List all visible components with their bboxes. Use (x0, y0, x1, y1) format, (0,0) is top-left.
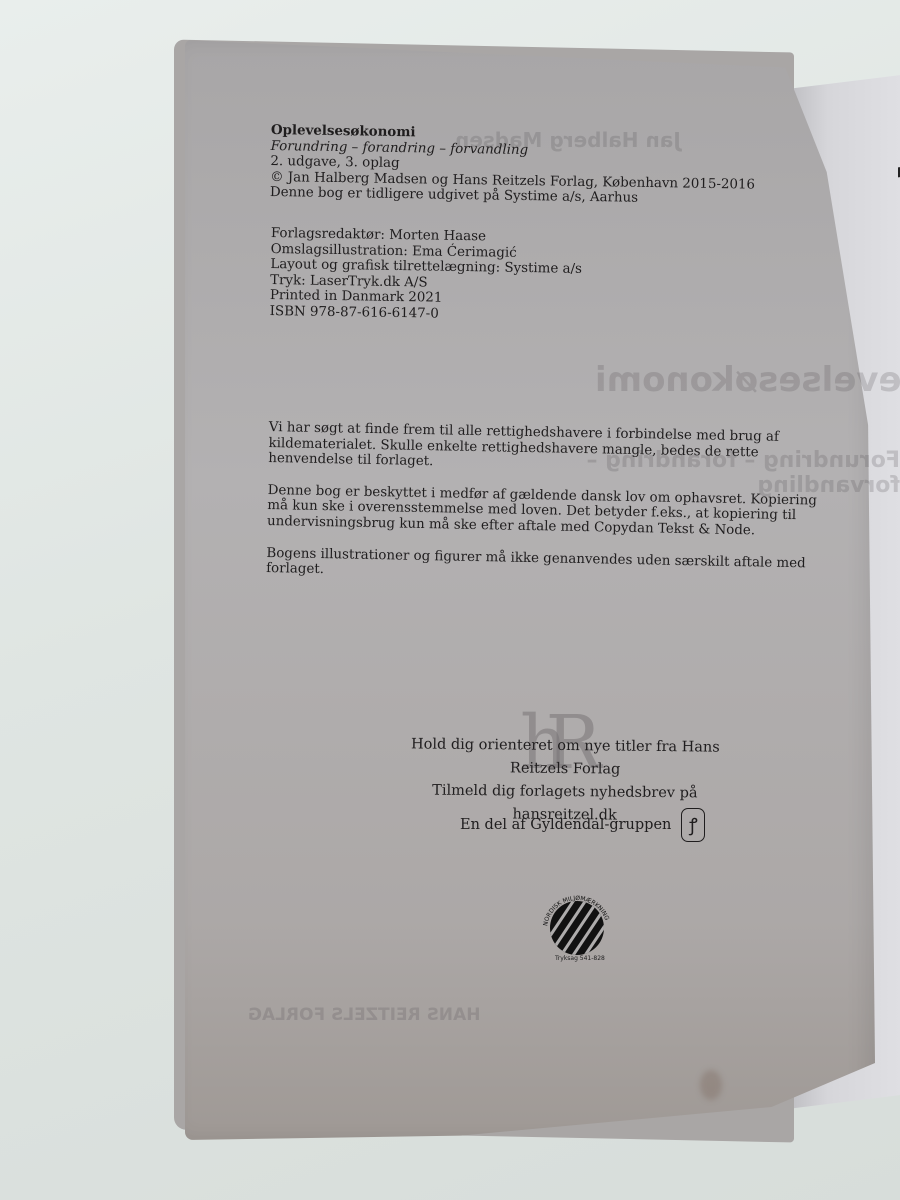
ecolabel-code: Tryksag 541-828 (555, 955, 605, 962)
credits-block: Forlagsredaktør: Morten Haase Omslagsill… (270, 226, 583, 324)
legal-block: Vi har søgt at finde frem til alle retti… (266, 420, 829, 603)
colophon-block: Oplevelsesøkonomi Forundring – forandrin… (270, 123, 756, 209)
promo-line-1: Hold dig orienteret om nye titler fra Ha… (380, 733, 750, 783)
illustrations-notice: Bogens illustrationer og figurer må ikke… (266, 546, 826, 588)
show-through-title: Oplevelsesøkonomi (595, 360, 900, 400)
page-stain (700, 1070, 722, 1100)
rights-notice: Vi har søgt at finde frem til alle retti… (268, 420, 829, 478)
copyright-notice: Denne bog er beskyttet i medfør af gælde… (267, 483, 828, 541)
gyldendal-label: En del af Gyldendal-gruppen (460, 817, 671, 833)
gyldendal-swan-icon: ꝭ (681, 808, 705, 842)
show-through-publisher: HANS REITZELS FORLAG (248, 1005, 480, 1025)
gyldendal-group: En del af Gyldendal-gruppen ꝭ (460, 808, 705, 842)
